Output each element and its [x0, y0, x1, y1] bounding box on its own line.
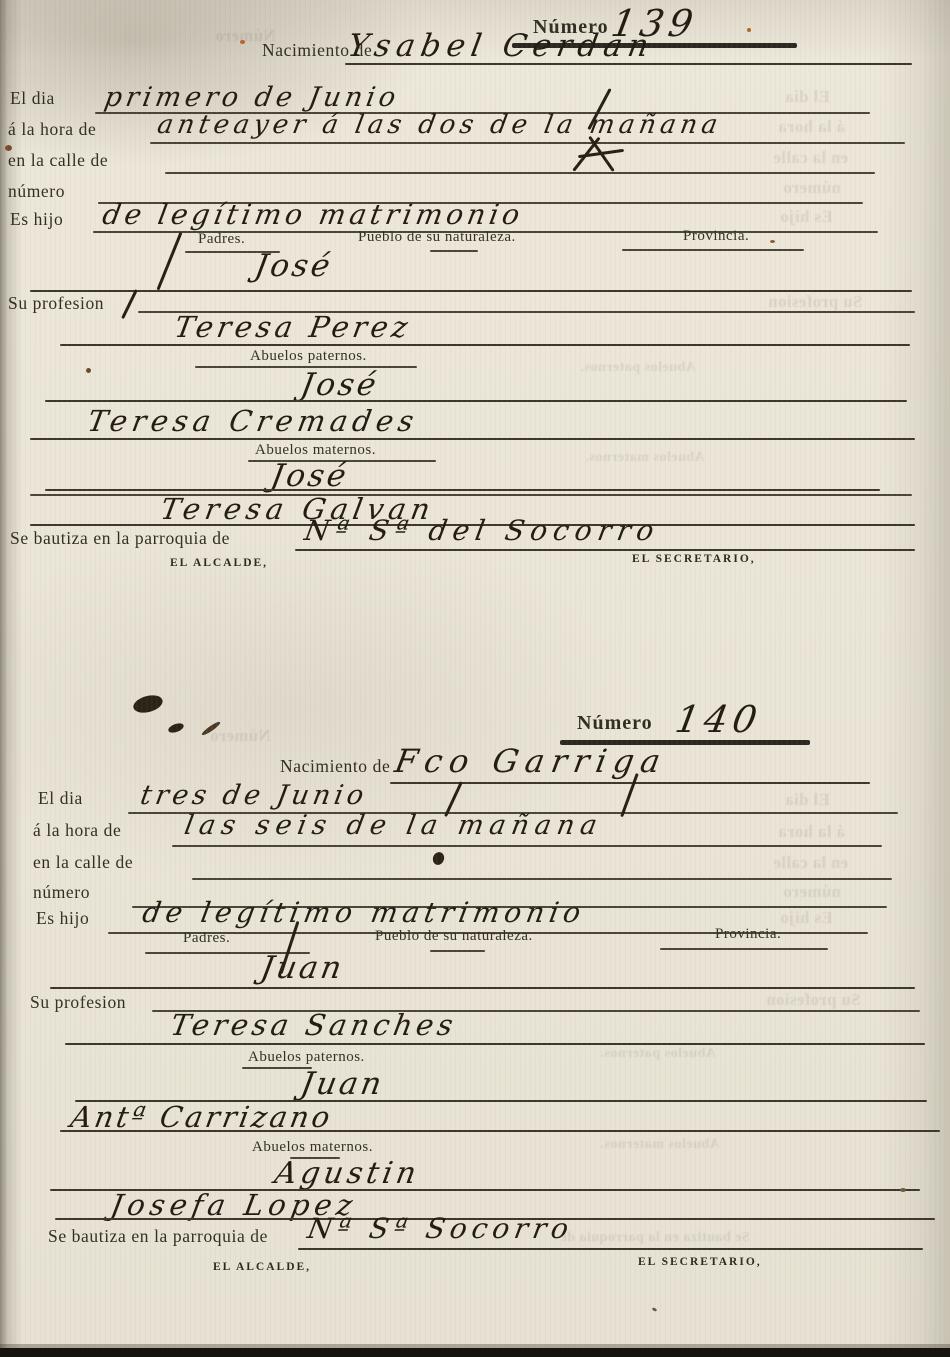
child-name-value: Fco Garriga: [392, 742, 670, 780]
alcalde-signature-label: EL ALCALDE,: [213, 1261, 311, 1273]
madre-value: Teresa Sanches: [168, 1008, 459, 1042]
ruled-line: [50, 987, 915, 989]
ruled-line: [298, 1248, 923, 1250]
dia-label: El dia: [38, 788, 83, 809]
abuela-paterna-value: Antª Carrizano: [68, 1100, 335, 1134]
paper-speck: [770, 240, 775, 243]
paper-speck: [5, 145, 12, 151]
secretario-signature-label: EL SECRETARIO,: [638, 1256, 762, 1268]
header-underline: [242, 1067, 312, 1069]
dia-value: tres de Junio: [138, 780, 370, 811]
es-hijo-label: Es hijo: [36, 908, 89, 929]
padres-header: Padres.: [183, 930, 230, 947]
paper-speck: [240, 40, 245, 44]
scanned-register-page: Número El dia á la hora en la calle núme…: [0, 0, 950, 1357]
provincia-header: Provincia.: [715, 926, 781, 943]
hora-label: á la hora de: [33, 820, 121, 841]
header-underline: [660, 948, 828, 950]
ink-blot: [431, 851, 446, 867]
numero-label: Número: [577, 712, 653, 735]
paper-speck: [900, 1188, 906, 1192]
padre-value: Juan: [258, 950, 347, 986]
pueblo-header: Pueblo de su naturaleza.: [375, 928, 533, 945]
birth-record-140: Número 140 Nacimiento de Fco Garriga El …: [0, 0, 950, 1357]
abuelo-materno-value: Agustin: [272, 1156, 423, 1191]
paper-speck: [86, 368, 91, 373]
nacimiento-label: Nacimiento de: [280, 756, 390, 777]
profesion-label: Su profesion: [30, 992, 126, 1013]
parroquia-value: Nª Sª Socorro: [305, 1212, 576, 1245]
abuelos-maternos-header: Abuelos maternos.: [252, 1139, 373, 1156]
hijo-de-value: de legítimo matrimonio: [140, 896, 588, 929]
ruled-line: [65, 1043, 925, 1045]
header-underline: [430, 950, 485, 952]
numero-casa-label: número: [33, 882, 90, 903]
record-number-value: 140: [672, 698, 765, 741]
ruled-line: [192, 878, 892, 880]
hora-value: las seis de la mañana: [182, 810, 605, 841]
abuelo-paterno-value: Juan: [298, 1066, 387, 1102]
page-bottom-edge: [0, 1348, 950, 1357]
calle-label: en la calle de: [33, 852, 133, 873]
paper-speck: [747, 28, 751, 32]
ruled-line: [60, 1130, 940, 1132]
bautiza-label: Se bautiza en la parroquia de: [48, 1226, 268, 1247]
ruled-line: [172, 845, 882, 847]
abuelos-paternos-header: Abuelos paternos.: [248, 1049, 365, 1066]
